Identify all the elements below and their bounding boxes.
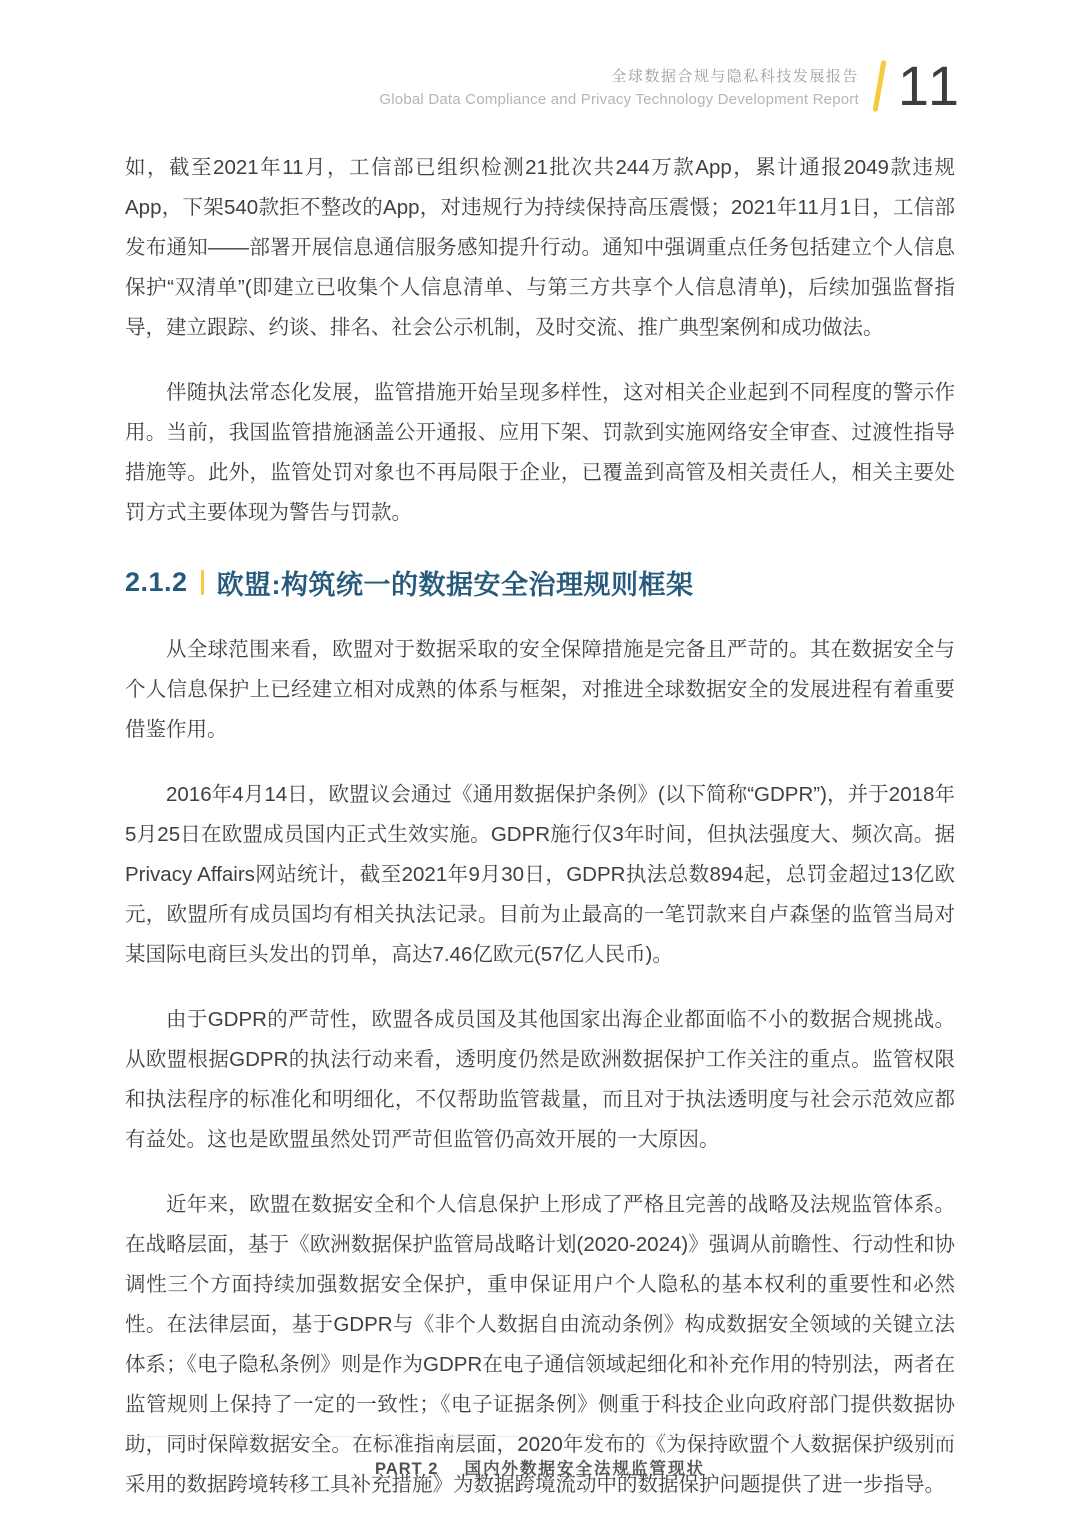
footer-section-text: 国内外数据安全法规监管现状 xyxy=(464,1460,705,1478)
section-number: 2.1.2 xyxy=(125,567,188,598)
header-titles: 全球数据合规与隐私科技发展报告 Global Data Compliance a… xyxy=(379,65,858,108)
footer-divider xyxy=(125,1436,955,1437)
paragraph: 从全球范围来看，欧盟对于数据采取的安全保障措施是完备且严苛的。其在数据安全与个人… xyxy=(125,630,955,750)
section-heading: 2.1.2 欧盟:构筑统一的数据安全治理规则框架 xyxy=(125,563,955,602)
heading-separator-bar xyxy=(201,570,204,595)
page-header: 全球数据合规与隐私科技发展报告 Global Data Compliance a… xyxy=(379,58,962,114)
paragraph: 伴随执法常态化发展，监管措施开始呈现多样性，这对相关企业起到不同程度的警示作用。… xyxy=(125,373,955,533)
page-number: 11 xyxy=(898,58,962,114)
report-title-zh: 全球数据合规与隐私科技发展报告 xyxy=(379,65,858,86)
accent-slash-divider xyxy=(872,60,886,112)
footer-caption: PART 2国内外数据安全法规监管现状 xyxy=(125,1455,955,1479)
paragraph: 由于GDPR的严苛性，欧盟各成员国及其他国家出海企业都面临不小的数据合规挑战。从… xyxy=(125,1000,955,1160)
section-title: 欧盟:构筑统一的数据安全治理规则框架 xyxy=(217,563,694,602)
paragraph: 2016年4月14日，欧盟议会通过《通用数据保护条例》(以下简称“GDPR”)，… xyxy=(125,775,955,975)
page-footer: PART 2国内外数据安全法规监管现状 xyxy=(125,1436,955,1479)
paragraph: 如，截至2021年11月，工信部已组织检测21批次共244万款App，累计通报2… xyxy=(125,148,955,348)
document-body: 如，截至2021年11月，工信部已组织检测21批次共244万款App，累计通报2… xyxy=(125,148,955,1527)
footer-part-label: PART 2 xyxy=(375,1460,438,1478)
report-title-en: Global Data Compliance and Privacy Techn… xyxy=(379,91,858,108)
report-page: 全球数据合规与隐私科技发展报告 Global Data Compliance a… xyxy=(0,0,1080,1527)
